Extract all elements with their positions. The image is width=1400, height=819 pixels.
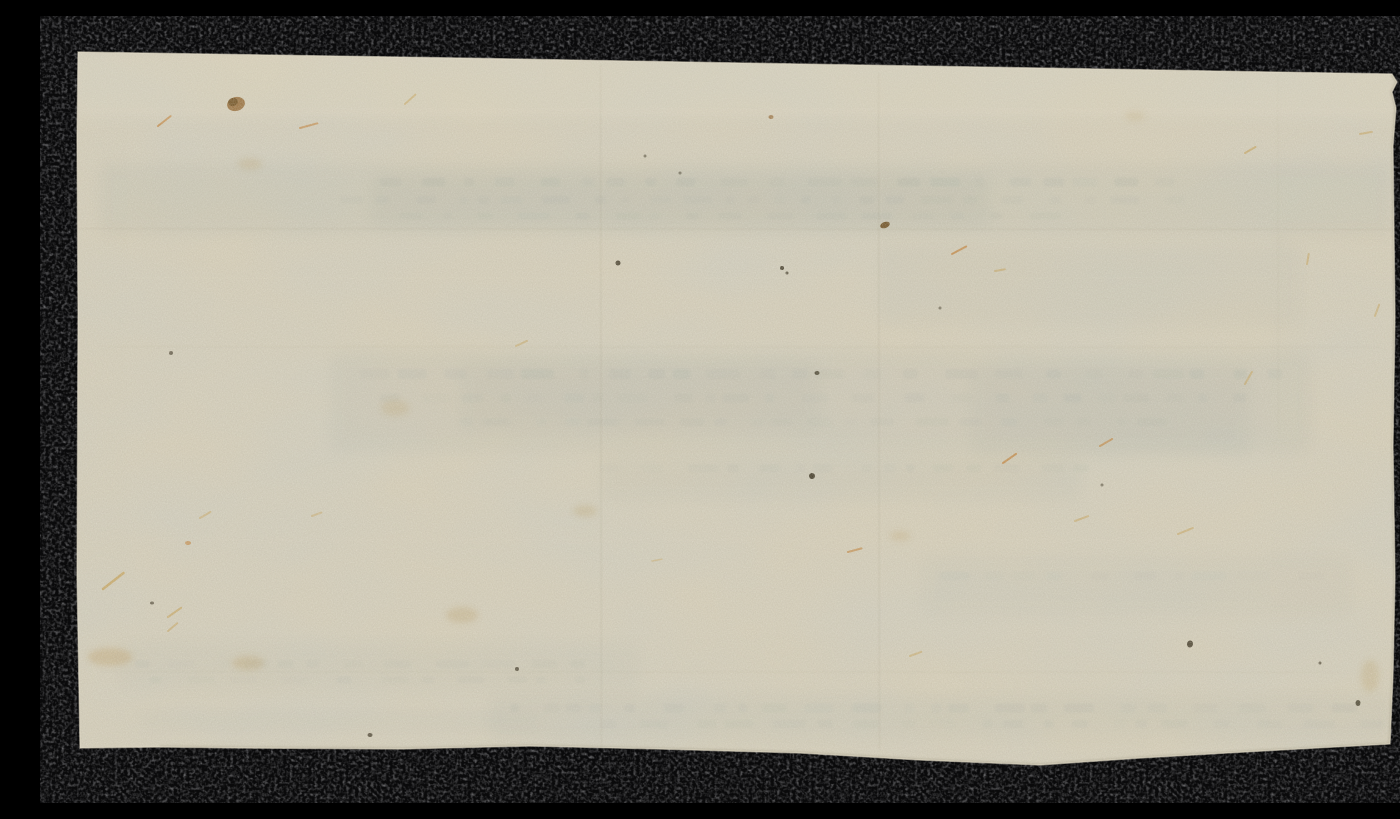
photo [40, 16, 1400, 803]
photo-svg [40, 16, 1400, 803]
paper-grain-light [60, 36, 1400, 796]
photo-canvas: Blank reverse side of an aged cream pape… [40, 16, 1400, 803]
paper-note [60, 36, 1400, 796]
